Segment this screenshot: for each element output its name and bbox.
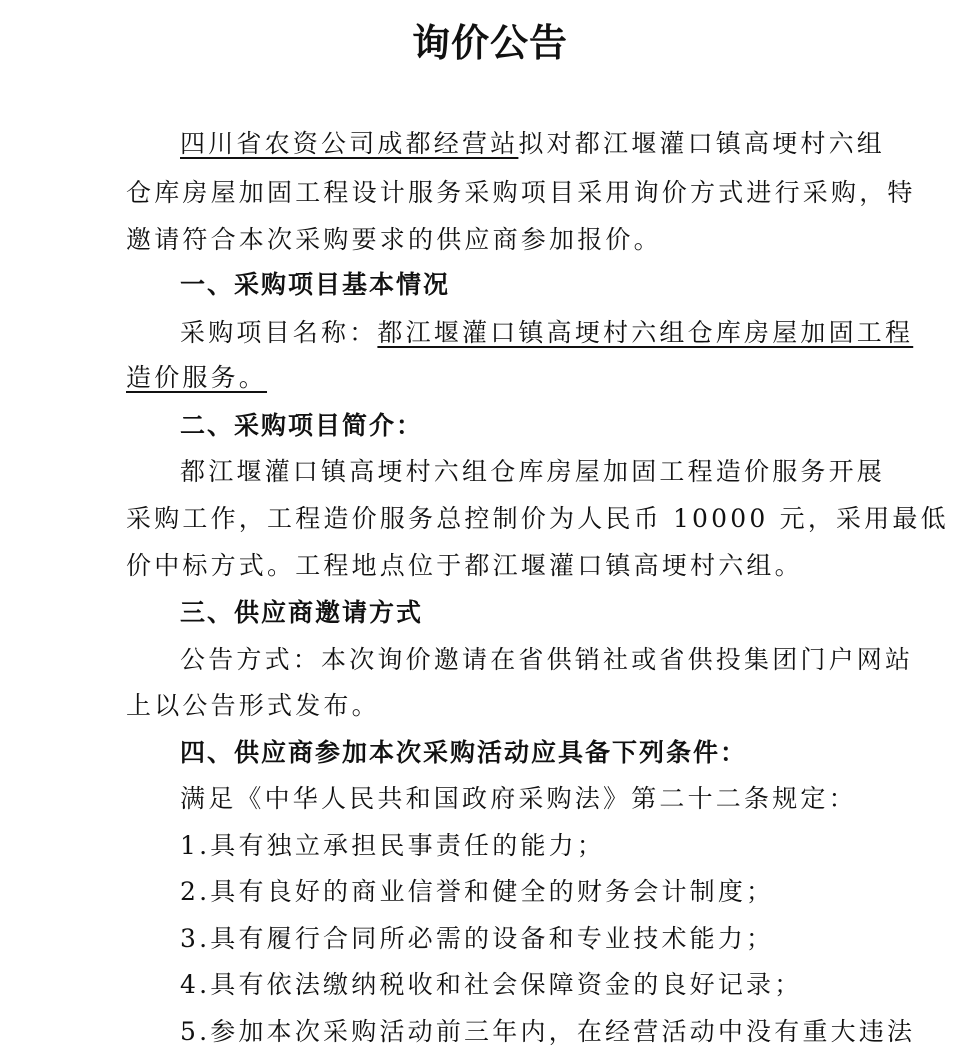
requirements-lead: 满足《中华人民共和国政府采购法》第二十二条规定： [180,782,857,816]
project-summary-line-2: 采购工作，工程造价服务总控制价为人民币 10000 元，采用最低 [126,502,949,536]
requirement-item-5: 5.参加本次采购活动前三年内，在经营活动中没有重大违法 [180,1015,915,1049]
intro-line-1: 四川省农资公司成都经营站拟对都江堰灌口镇高埂村六组 [180,127,885,161]
requirement-item-1: 1.具有独立承担民事责任的能力； [180,829,605,863]
section-heading-4: 四、供应商参加本次采购活动应具备下列条件： [180,736,747,770]
project-name-line-1: 采购项目名称：都江堰灌口镇高埂村六组仓库房屋加固工程 [180,316,913,350]
intro-line-3: 邀请符合本次采购要求的供应商参加报价。 [126,223,662,257]
project-name-value-cont: 造价服务。 [126,363,267,392]
section-heading-3: 三、供应商邀请方式 [180,596,423,630]
requirement-item-2: 2.具有良好的商业信誉和健全的财务会计制度； [180,875,774,909]
project-name-label: 采购项目名称： [180,318,377,347]
requirement-item-3: 3.具有履行合同所必需的设备和专业技术能力； [180,922,774,956]
section-heading-2: 二、采购项目简介： [180,409,423,443]
purchaser-name: 四川省农资公司成都经营站 [180,129,518,158]
document-page: 询价公告 四川省农资公司成都经营站拟对都江堰灌口镇高埂村六组 仓库房屋加固工程设… [0,0,980,1050]
project-summary-line-3: 价中标方式。工程地点位于都江堰灌口镇高埂村六组。 [126,549,803,583]
document-title: 询价公告 [0,18,980,68]
project-name-line-2: 造价服务。 [126,361,267,395]
intro-line-2: 仓库房屋加固工程设计服务采购项目采用询价方式进行采购，特 [126,176,916,210]
requirement-item-4: 4.具有依法缴纳税收和社会保障资金的良好记录； [180,968,802,1002]
project-name-value: 都江堰灌口镇高埂村六组仓库房屋加固工程 [377,318,913,347]
invite-method-line-1: 公告方式：本次询价邀请在省供销社或省供投集团门户网站 [180,643,913,677]
invite-method-line-2: 上以公告形式发布。 [126,689,380,723]
intro-text: 拟对都江堰灌口镇高埂村六组 [518,129,885,158]
section-heading-1: 一、采购项目基本情况 [180,268,450,302]
project-summary-line-1: 都江堰灌口镇高埂村六组仓库房屋加固工程造价服务开展 [180,455,885,489]
